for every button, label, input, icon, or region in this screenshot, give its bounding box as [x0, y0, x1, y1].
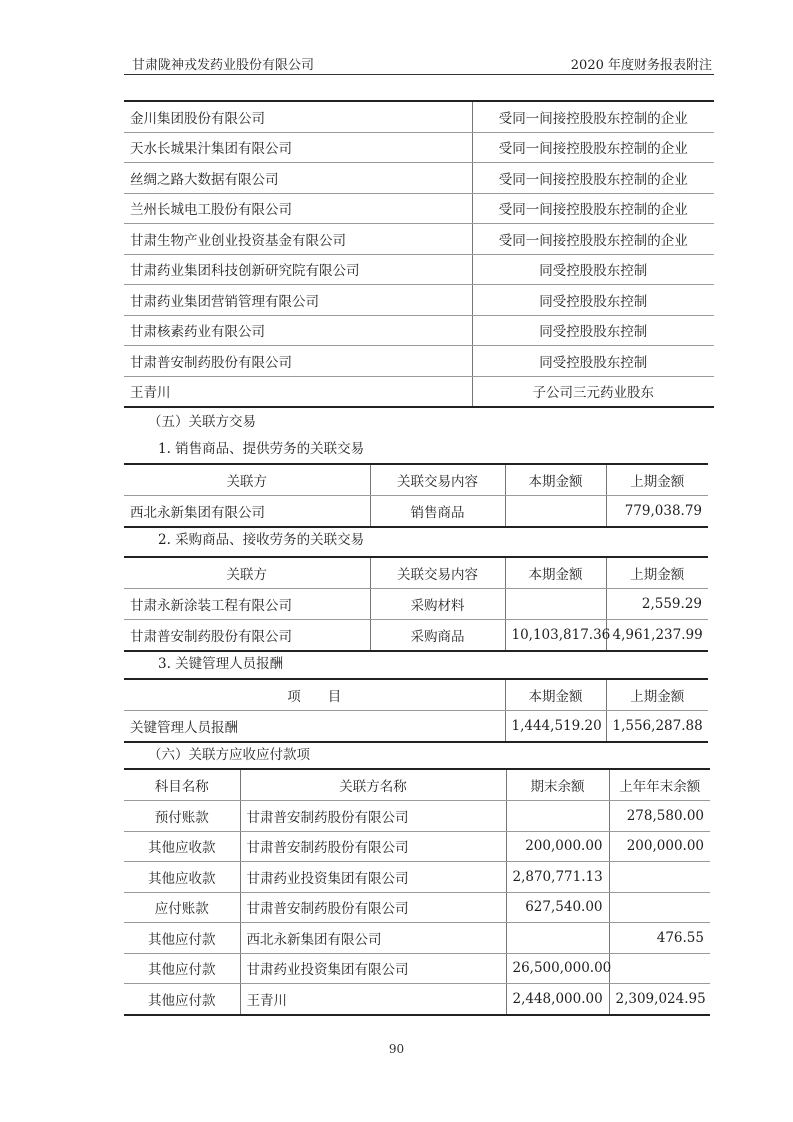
prior-balance: 476.55	[609, 923, 710, 954]
prior-balance	[609, 953, 710, 984]
party-name: 天水长城果汁集团有限公司	[124, 132, 472, 163]
party: 甘肃普安制药股份有限公司	[240, 801, 506, 832]
prior-balance	[609, 892, 710, 923]
table-row: 天水长城果汁集团有限公司 受同一间接控股股东控制的企业	[124, 132, 714, 163]
party: 甘肃普安制药股份有限公司	[240, 831, 506, 862]
party-name: 金川集团股份有限公司	[124, 101, 472, 132]
party-relation: 同受控股股东控制	[472, 346, 714, 377]
party-name: 王青川	[124, 376, 472, 407]
table-header-row: 关联方 关联交易内容 本期金额 上期金额	[124, 557, 708, 589]
account: 其他应收款	[124, 831, 240, 862]
col-header: 本期金额	[505, 679, 606, 711]
current-amount	[505, 589, 606, 620]
prior-balance: 2,309,024.95	[609, 984, 710, 1015]
col-header: 关联方	[124, 557, 370, 589]
party: 甘肃药业投资集团有限公司	[240, 862, 506, 893]
prior-amount: 1,556,287.88	[606, 711, 708, 743]
party-name: 甘肃核素药业有限公司	[124, 315, 472, 346]
current-amount	[505, 496, 606, 528]
col-header: 科目名称	[124, 769, 240, 801]
section-6-title: （六）关联方应收应付款项	[148, 743, 310, 763]
party-relation: 受同一间接控股股东控制的企业	[472, 224, 714, 255]
table-row: 其他应付款 甘肃药业投资集团有限公司 26,500,000.00	[124, 953, 710, 984]
prior-balance: 278,580.00	[609, 801, 710, 832]
party-name: 甘肃药业集团营销管理有限公司	[124, 285, 472, 316]
table-row: 甘肃普安制药股份有限公司 采购商品 10,103,817.36 4,961,23…	[124, 620, 708, 652]
content: 采购商品	[370, 620, 505, 652]
section-5-title: （五）关联方交易	[148, 410, 256, 430]
table-row: 其他应收款 甘肃药业投资集团有限公司 2,870,771.13	[124, 862, 710, 893]
prior-amount: 2,559.29	[606, 589, 708, 620]
party-relation: 子公司三元药业股东	[472, 376, 714, 407]
related-parties-table: 金川集团股份有限公司 受同一间接控股股东控制的企业 天水长城果汁集团有限公司 受…	[124, 100, 714, 408]
table-row: 兰州长城电工股份有限公司 受同一间接控股股东控制的企业	[124, 193, 714, 224]
prior-amount: 4,961,237.99	[606, 620, 708, 652]
compensation-table: 项 目 本期金额 上期金额 关键管理人员报酬 1,444,519.20 1,55…	[124, 678, 708, 743]
end-balance	[506, 801, 609, 832]
table-row: 甘肃核素药业有限公司 同受控股股东控制	[124, 315, 714, 346]
account: 其他应付款	[124, 984, 240, 1015]
table-row: 甘肃药业集团科技创新研究院有限公司 同受控股股东控制	[124, 254, 714, 285]
end-balance: 200,000.00	[506, 831, 609, 862]
table-row: 关键管理人员报酬 1,444,519.20 1,556,287.88	[124, 711, 708, 743]
col-header: 上期金额	[606, 557, 708, 589]
party-name: 甘肃普安制药股份有限公司	[124, 346, 472, 377]
col-header: 上期金额	[606, 679, 708, 711]
party-relation: 受同一间接控股股东控制的企业	[472, 163, 714, 194]
col-header: 本期金额	[505, 557, 606, 589]
party-relation: 同受控股股东控制	[472, 285, 714, 316]
party-relation: 受同一间接控股股东控制的企业	[472, 101, 714, 132]
compensation-section-title: 3. 关键管理人员报酬	[158, 652, 283, 672]
party-relation: 同受控股股东控制	[472, 254, 714, 285]
account: 预付账款	[124, 801, 240, 832]
table-row: 西北永新集团有限公司 销售商品 779,038.79	[124, 496, 708, 528]
report-title: 2020 年度财务报表附注	[571, 54, 712, 73]
party: 甘肃药业投资集团有限公司	[240, 953, 506, 984]
party-relation: 同受控股股东控制	[472, 315, 714, 346]
table-header-row: 关联方 关联交易内容 本期金额 上期金额	[124, 464, 708, 496]
current-amount: 1,444,519.20	[505, 711, 606, 743]
party-relation: 受同一间接控股股东控制的企业	[472, 132, 714, 163]
col-header: 项 目	[124, 679, 505, 711]
table-row: 金川集团股份有限公司 受同一间接控股股东控制的企业	[124, 101, 714, 132]
party-relation: 受同一间接控股股东控制的企业	[472, 193, 714, 224]
table-row: 甘肃生物产业创业投资基金有限公司 受同一间接控股股东控制的企业	[124, 224, 714, 255]
end-balance: 2,448,000.00	[506, 984, 609, 1015]
account: 应付账款	[124, 892, 240, 923]
party: 甘肃永新涂装工程有限公司	[124, 589, 370, 620]
prior-amount: 779,038.79	[606, 496, 708, 528]
table-row: 其他应付款 王青川 2,448,000.00 2,309,024.95	[124, 984, 710, 1015]
table-row: 其他应付款 西北永新集团有限公司 476.55	[124, 923, 710, 954]
receivables-payables-table: 科目名称 关联方名称 期末余额 上年年末余额 预付账款 甘肃普安制药股份有限公司…	[124, 768, 710, 1016]
prior-balance	[609, 862, 710, 893]
table-header-row: 项 目 本期金额 上期金额	[124, 679, 708, 711]
table-row: 其他应收款 甘肃普安制药股份有限公司 200,000.00 200,000.00	[124, 831, 710, 862]
party: 西北永新集团有限公司	[124, 496, 370, 528]
table-row: 王青川 子公司三元药业股东	[124, 376, 714, 407]
party: 王青川	[240, 984, 506, 1015]
sales-table: 关联方 关联交易内容 本期金额 上期金额 西北永新集团有限公司 销售商品 779…	[124, 463, 708, 528]
party-name: 兰州长城电工股份有限公司	[124, 193, 472, 224]
col-header: 上年年末余额	[609, 769, 710, 801]
col-header: 关联交易内容	[370, 557, 505, 589]
end-balance: 2,870,771.13	[506, 862, 609, 893]
sales-section-title: 1. 销售商品、提供劳务的关联交易	[158, 437, 364, 457]
purchases-table: 关联方 关联交易内容 本期金额 上期金额 甘肃永新涂装工程有限公司 采购材料 2…	[124, 556, 708, 652]
party-name: 丝绸之路大数据有限公司	[124, 163, 472, 194]
end-balance: 627,540.00	[506, 892, 609, 923]
account: 其他应付款	[124, 923, 240, 954]
party-name: 甘肃生物产业创业投资基金有限公司	[124, 224, 472, 255]
party: 甘肃普安制药股份有限公司	[124, 620, 370, 652]
account: 其他应收款	[124, 862, 240, 893]
col-header: 本期金额	[505, 464, 606, 496]
purchases-section-title: 2. 采购商品、接收劳务的关联交易	[158, 528, 364, 548]
page-header: 甘肃陇神戎发药业股份有限公司 2020 年度财务报表附注	[124, 48, 714, 75]
prior-balance: 200,000.00	[609, 831, 710, 862]
end-balance	[506, 923, 609, 954]
table-row: 预付账款 甘肃普安制药股份有限公司 278,580.00	[124, 801, 710, 832]
content: 采购材料	[370, 589, 505, 620]
company-name: 甘肃陇神戎发药业股份有限公司	[132, 54, 314, 73]
current-amount: 10,103,817.36	[505, 620, 606, 652]
content: 销售商品	[370, 496, 505, 528]
table-row: 应付账款 甘肃普安制药股份有限公司 627,540.00	[124, 892, 710, 923]
table-row: 丝绸之路大数据有限公司 受同一间接控股股东控制的企业	[124, 163, 714, 194]
col-header: 关联方	[124, 464, 370, 496]
end-balance: 26,500,000.00	[506, 953, 609, 984]
col-header: 关联交易内容	[370, 464, 505, 496]
col-header: 期末余额	[506, 769, 609, 801]
account: 其他应付款	[124, 953, 240, 984]
party: 甘肃普安制药股份有限公司	[240, 892, 506, 923]
table-row: 甘肃永新涂装工程有限公司 采购材料 2,559.29	[124, 589, 708, 620]
party: 西北永新集团有限公司	[240, 923, 506, 954]
page-number: 90	[0, 1042, 793, 1056]
table-header-row: 科目名称 关联方名称 期末余额 上年年末余额	[124, 769, 710, 801]
col-header: 上期金额	[606, 464, 708, 496]
item: 关键管理人员报酬	[124, 711, 505, 743]
table-row: 甘肃普安制药股份有限公司 同受控股股东控制	[124, 346, 714, 377]
col-header: 关联方名称	[240, 769, 506, 801]
party-name: 甘肃药业集团科技创新研究院有限公司	[124, 254, 472, 285]
table-row: 甘肃药业集团营销管理有限公司 同受控股股东控制	[124, 285, 714, 316]
